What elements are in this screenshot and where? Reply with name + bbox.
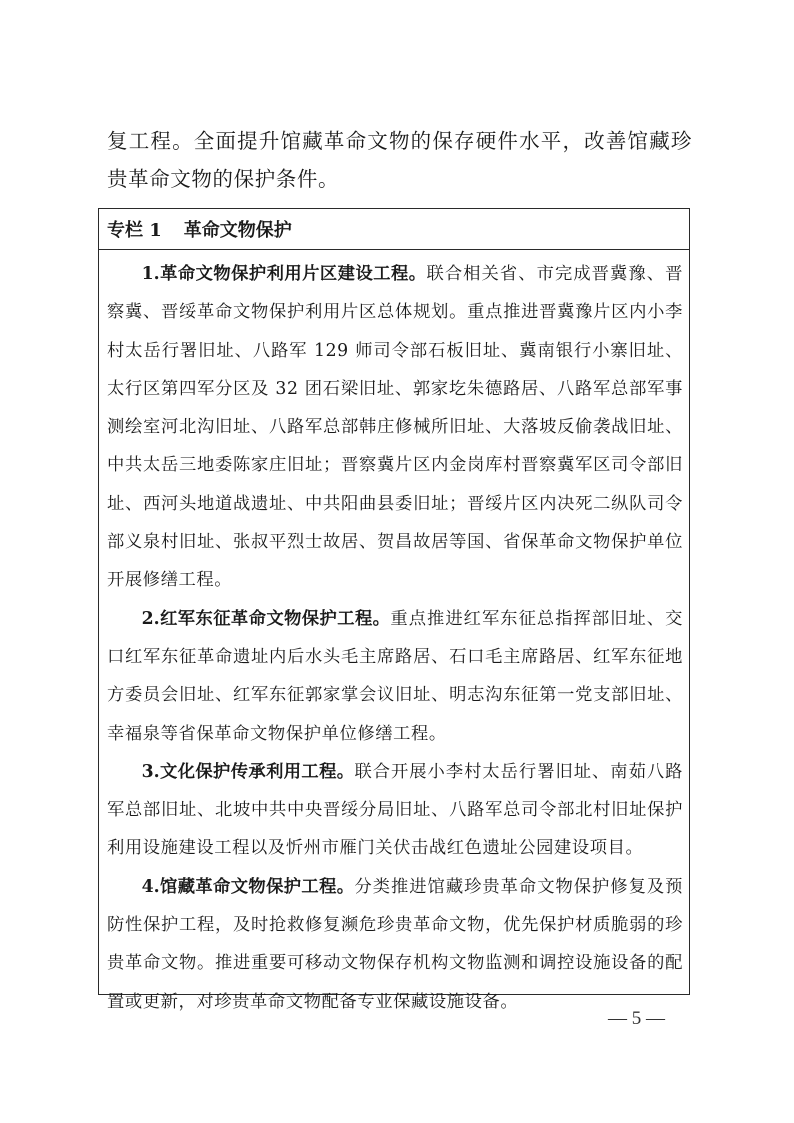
project-title: 2.红军东征革命文物保护工程。 — [142, 609, 391, 629]
column-title: 革命文物保护 — [184, 216, 292, 242]
project-item: 3.文化保护传承利用工程。联合开展小李村太岳行署旧址、南茹八路军总部旧址、北坡中… — [107, 753, 683, 868]
intro-paragraph: 复工程。全面提升馆藏革命文物的保存硬件水平，改善馆藏珍贵革命文物的保护条件。 — [107, 122, 692, 198]
project-title: 4.馆藏革命文物保护工程。 — [142, 877, 355, 897]
project-body: 联合相关省、市完成晋冀豫、晋察冀、晋绥革命文物保护利用片区总体规划。重点推进晋冀… — [107, 264, 683, 590]
page-number: — 5 — — [608, 1008, 665, 1030]
project-item: 4.馆藏革命文物保护工程。分类推进馆藏珍贵革命文物保护修复及预防性保护工程，及时… — [107, 868, 683, 1021]
intro-text: 复工程。全面提升馆藏革命文物的保存硬件水平，改善馆藏珍贵革命文物的保护条件。 — [107, 122, 692, 198]
column-box-body: 1.革命文物保护利用片区建设工程。联合相关省、市完成晋冀豫、晋察冀、晋绥革命文物… — [99, 250, 689, 1021]
column-box: 专栏 1 革命文物保护 1.革命文物保护利用片区建设工程。联合相关省、市完成晋冀… — [98, 208, 690, 995]
project-item: 2.红军东征革命文物保护工程。重点推进红军东征总指挥部旧址、交口红军东征革命遗址… — [107, 600, 683, 753]
project-title: 1.革命文物保护利用片区建设工程。 — [142, 264, 427, 284]
project-title: 3.文化保护传承利用工程。 — [142, 762, 355, 782]
column-box-header: 专栏 1 革命文物保护 — [99, 209, 689, 250]
project-item: 1.革命文物保护利用片区建设工程。联合相关省、市完成晋冀豫、晋察冀、晋绥革命文物… — [107, 255, 683, 600]
column-label: 专栏 1 — [107, 216, 162, 242]
